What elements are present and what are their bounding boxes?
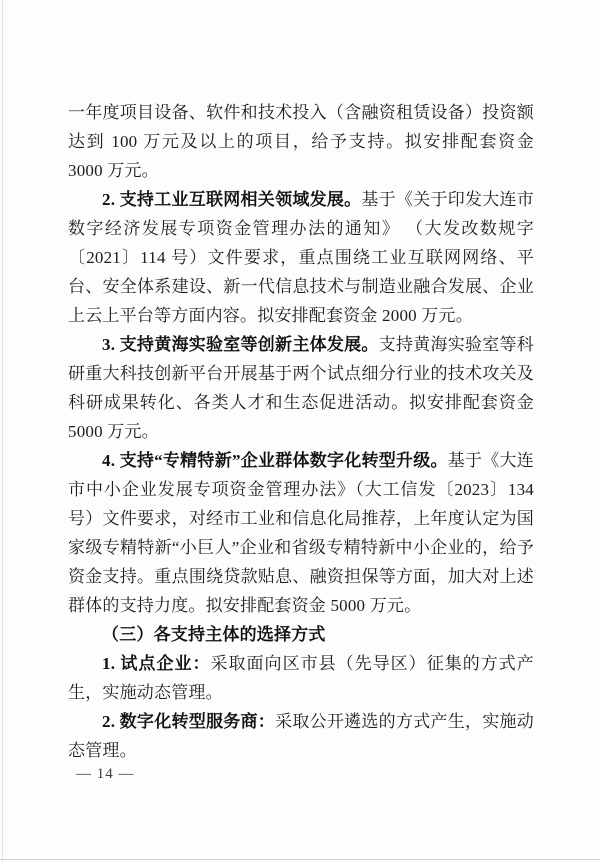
document-page: 一年度项目设备、软件和技术投入（含融资租赁设备）投资额达到 100 万元及以上的…: [0, 0, 600, 862]
text-segment: 基于《大连市中小企业发展专项资金管理办法》（大工信发〔2023〕134 号）文件…: [68, 451, 534, 615]
page-number: — 14 —: [76, 766, 135, 783]
bold-text-segment: （三）各支持主体的选择方式: [102, 625, 326, 644]
bold-text-segment: 1. 试点企业：: [102, 654, 211, 673]
scan-edge-bottom: [0, 859, 600, 860]
paragraph: 2. 数字化转型服务商：采取公开遴选的方式产生，实施动态管理。: [68, 707, 534, 765]
section-heading: （三）各支持主体的选择方式: [68, 620, 534, 649]
bold-text-segment: 2. 支持工业互联网相关领域发展。: [102, 190, 361, 209]
paragraph: 一年度项目设备、软件和技术投入（含融资租赁设备）投资额达到 100 万元及以上的…: [68, 98, 534, 185]
scan-edge-left: [2, 0, 3, 862]
paragraph: 4. 支持“专精特新”企业群体数字化转型升级。基于《大连市中小企业发展专项资金管…: [68, 446, 534, 620]
bold-text-segment: 3. 支持黄海实验室等创新主体发展。: [102, 335, 379, 354]
document-body: 一年度项目设备、软件和技术投入（含融资租赁设备）投资额达到 100 万元及以上的…: [68, 98, 534, 765]
paragraph: 1. 试点企业：采取面向区市县（先导区）征集的方式产生，实施动态管理。: [68, 649, 534, 707]
paragraph: 3. 支持黄海实验室等创新主体发展。支持黄海实验室等科研重大科技创新平台开展基于…: [68, 330, 534, 446]
text-segment: 基于《关于印发大连市数字经济发展专项资金管理办法的通知》 （大发改数规字〔202…: [68, 190, 534, 325]
bold-text-segment: 4. 支持“专精特新”企业群体数字化转型升级。: [102, 451, 448, 470]
paragraph: 2. 支持工业互联网相关领域发展。基于《关于印发大连市数字经济发展专项资金管理办…: [68, 185, 534, 330]
bold-text-segment: 2. 数字化转型服务商：: [102, 712, 275, 731]
text-segment: 一年度项目设备、软件和技术投入（含融资租赁设备）投资额达到 100 万元及以上的…: [68, 103, 534, 180]
